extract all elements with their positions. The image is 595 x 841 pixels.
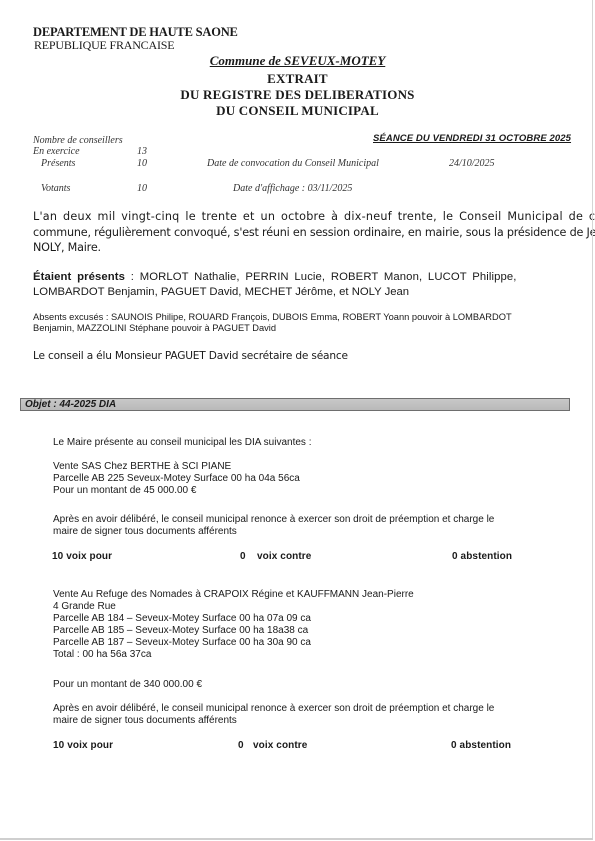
vente-2-votes-pour: 10 voix pour <box>53 740 113 751</box>
page-edge-right <box>592 0 593 838</box>
presents-label: Présents <box>41 158 75 169</box>
vente-1-parcelle: Parcelle AB 225 Seveux-Motey Surface 00 … <box>53 473 300 485</box>
vente-1-title: Vente SAS Chez BERTHE à SCI PIANE <box>53 461 231 473</box>
vente-2-address: 4 Grande Rue <box>53 601 116 613</box>
seance-date-title: SÉANCE DU VENDREDI 31 OCTOBRE 2025 <box>373 133 571 144</box>
votants-label: Votants <box>41 183 70 194</box>
votants-value: 10 <box>137 183 147 194</box>
document-title-conseil: DU CONSEIL MUNICIPAL <box>0 103 595 119</box>
vente-1-votes-pour: 10 voix pour <box>52 551 112 562</box>
vente-2-total: Total : 00 ha 56a 37ca <box>53 649 151 661</box>
absents-line-2: Benjamin, MAZZOLINI Stéphane pouvoir à P… <box>33 323 276 333</box>
vente-1-votes-contre: voix contre <box>257 551 311 562</box>
vente-1-votes-contre-num: 0 <box>240 551 246 562</box>
republique-heading: REPUBLIQUE FRANCAISE <box>34 38 174 53</box>
presents-line-2: LOMBARDOT Benjamin, PAGUET David, MECHET… <box>33 286 409 298</box>
vente-2-parcelle-184: Parcelle AB 184 – Seveux-Motey Surface 0… <box>53 613 311 625</box>
vente-1-decision-2: maire de signer tous documents afférents <box>53 526 237 538</box>
vente-2-decision-2: maire de signer tous documents afférents <box>53 715 237 727</box>
affichage-date: Date d'affichage : 03/11/2025 <box>233 183 352 194</box>
presents-heading: Étaient présents <box>33 271 125 283</box>
presents-value: 10 <box>137 158 147 169</box>
objet-intro: Le Maire présente au conseil municipal l… <box>53 437 311 449</box>
convocation-value: 24/10/2025 <box>449 158 495 169</box>
conseillers-label: Nombre de conseillers <box>33 135 123 146</box>
exercice-label: En exercice <box>33 146 80 157</box>
vente-2-montant: Pour un montant de 340 000.00 € <box>53 679 202 691</box>
vente-1-decision-1: Après en avoir délibéré, le conseil muni… <box>53 514 494 526</box>
vente-1-montant: Pour un montant de 45 000.00 € <box>53 485 196 497</box>
convocation-label: Date de convocation du Conseil Municipal <box>207 158 379 169</box>
vente-2-votes-contre: voix contre <box>253 740 307 751</box>
vente-2-parcelle-187: Parcelle AB 187 – Seveux-Motey Surface 0… <box>53 637 311 649</box>
secretaire-line: Le conseil a élu Monsieur PAGUET David s… <box>33 350 348 362</box>
intro-line-2: commune, régulièrement convoqué, s'est r… <box>33 226 595 239</box>
vente-2-parcelle-185: Parcelle AB 185 – Seveux-Motey Surface 0… <box>53 625 308 637</box>
intro-line-3: NOLY, Maire. <box>33 241 101 254</box>
document-title-extrait: EXTRAIT <box>0 71 595 87</box>
document-title-registre: DU REGISTRE DES DELIBERATIONS <box>0 87 595 103</box>
commune-title: Commune de SEVEUX-MOTEY <box>0 53 595 69</box>
vente-1-abstention: 0 abstention <box>452 551 512 562</box>
vente-2-votes-contre-num: 0 <box>238 740 244 751</box>
presents-line-1: Étaient présents : MORLOT Nathalie, PERR… <box>33 271 517 283</box>
absents-line-1: Absents excusés : SAUNOIS Philipe, ROUAR… <box>33 312 512 322</box>
vente-2-title: Vente Au Refuge des Nomades à CRAPOIX Ré… <box>53 589 414 601</box>
exercice-value: 13 <box>137 146 147 157</box>
intro-line-1: L'an deux mil vingt-cinq le trente et un… <box>33 210 595 223</box>
vente-2-decision-1: Après en avoir délibéré, le conseil muni… <box>53 703 494 715</box>
vente-2-abstention: 0 abstention <box>451 740 511 751</box>
presents-names-1: : MORLOT Nathalie, PERRIN Lucie, ROBERT … <box>125 271 517 283</box>
objet-header-bar: Objet : 44-2025 DIA <box>20 398 570 411</box>
page-edge-bottom <box>0 838 593 840</box>
objet-label: Objet : 44-2025 DIA <box>25 399 116 411</box>
